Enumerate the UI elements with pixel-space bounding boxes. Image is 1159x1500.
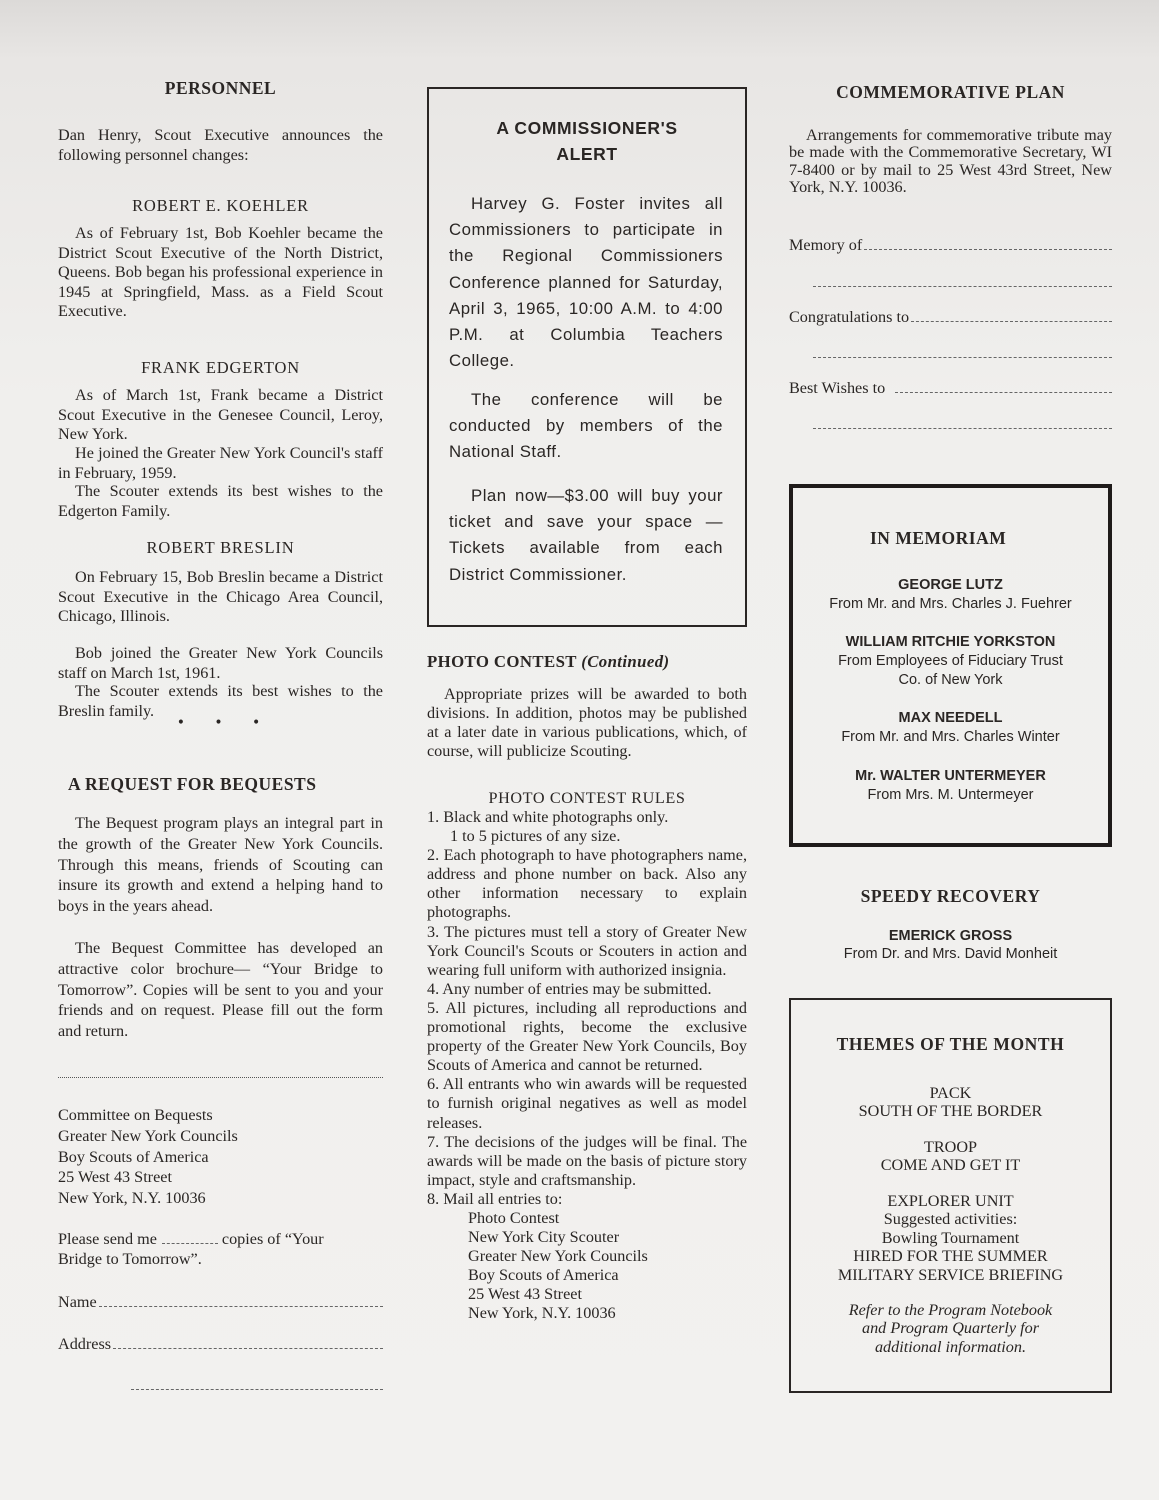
mail-address-line: Boy Scouts of America [468, 1266, 747, 1285]
congratulations-label: Congratulations to [789, 308, 909, 327]
explorer-line: HIRED FOR THE SUMMER [791, 1247, 1110, 1265]
memoriam-from: From Mrs. M. Untermeyer [793, 786, 1108, 805]
memoriam-from: From Mr. and Mrs. Charles Winter [793, 728, 1108, 747]
commissioner-alert-box: A COMMISSIONER'S ALERT Harvey G. Foster … [427, 87, 747, 627]
rule-item: 5. All pictures, including all reproduct… [427, 999, 747, 1075]
memoriam-from: Co. of New York [793, 671, 1108, 690]
photo-contest-intro: Appropriate prizes will be awarded to bo… [427, 685, 747, 761]
themes-title: THEMES OF THE MONTH [791, 1034, 1110, 1055]
rule-item: 4. Any number of entries may be submitte… [427, 980, 747, 999]
memory-of-label: Memory of [789, 236, 862, 255]
memoriam-name: Mr. WALTER UNTERMEYER [793, 767, 1108, 786]
mail-address-line: New York City Scouter [468, 1228, 747, 1247]
section-separator-dots: • • • [58, 715, 383, 731]
in-memoriam-box: IN MEMORIAM GEORGE LUTZ From Mr. and Mrs… [789, 484, 1112, 847]
personnel-breslin-p1: On February 15, Bob Breslin became a Dis… [58, 568, 383, 627]
personnel-name-breslin: ROBERT BRESLIN [58, 538, 383, 558]
themes-troop: TROOP COME AND GET IT [791, 1138, 1110, 1175]
rule-item: 2. Each photograph to have photographers… [427, 846, 747, 922]
personnel-name-koehler: ROBERT E. KOEHLER [58, 196, 383, 216]
best-wishes-label: Best Wishes to [789, 379, 885, 398]
memoriam-from: From Mr. and Mrs. Charles J. Fuehrer [793, 595, 1108, 614]
alert-title-line1: A COMMISSIONER'S [429, 115, 745, 141]
alert-p1: Harvey G. Foster invites all Commissione… [449, 191, 723, 374]
note-line: Refer to the Program Notebook [791, 1301, 1110, 1319]
personnel-edgerton-p2: He joined the Greater New York Council's… [58, 444, 383, 483]
bequests-address-line: Greater New York Councils [58, 1126, 383, 1147]
congratulations-input-line[interactable] [911, 321, 1112, 322]
speedy-recovery-name: EMERICK GROSS [789, 928, 1112, 944]
bequests-address-line: 25 West 43 Street [58, 1167, 383, 1188]
photo-contest-continued: (Continued) [581, 652, 669, 671]
rule-item: 1 to 5 pictures of any size. [427, 827, 747, 846]
newsletter-page: PERSONNEL Dan Henry, Scout Executive ann… [0, 0, 1159, 1500]
themes-box: THEMES OF THE MONTH PACK SOUTH OF THE BO… [789, 998, 1112, 1393]
memoriam-entry: MAX NEEDELL From Mr. and Mrs. Charles Wi… [793, 709, 1108, 747]
memoriam-name: MAX NEEDELL [793, 709, 1108, 728]
best-wishes-field[interactable]: Best Wishes to [789, 379, 1112, 398]
photo-contest-title: PHOTO CONTEST (Continued) [427, 652, 747, 672]
memory-of-input-line-2[interactable] [813, 286, 1112, 287]
rule-item: 3. The pictures must tell a story of Gre… [427, 923, 747, 980]
explorer-line: Suggested activities: [791, 1210, 1110, 1228]
bequests-p2: The Bequest Committee has developed an a… [58, 938, 383, 1042]
bequests-address-line: Committee on Bequests [58, 1105, 383, 1126]
copies-suffix-label: copies of “Your [222, 1230, 324, 1249]
bequests-cut-line [58, 1077, 383, 1078]
pack-label: PACK [791, 1084, 1110, 1102]
memoriam-entry: GEORGE LUTZ From Mr. and Mrs. Charles J.… [793, 576, 1108, 614]
explorer-line: Bowling Tournament [791, 1229, 1110, 1247]
in-memoriam-title: IN MEMORIAM [793, 528, 1108, 549]
personnel-breslin-p2: Bob joined the Greater New York Councils… [58, 644, 383, 683]
rule-item: 7. The decisions of the judges will be f… [427, 1133, 747, 1190]
address-input-line-2[interactable] [131, 1389, 383, 1390]
note-line: and Program Quarterly for [791, 1319, 1110, 1337]
alert-p3: Plan now—$3.00 will buy your ticket and … [449, 483, 723, 588]
mail-address-line: New York, N.Y. 10036 [468, 1304, 747, 1323]
speedy-recovery-title: SPEEDY RECOVERY [789, 886, 1112, 907]
personnel-edgerton-p1: As of March 1st, Frank became a District… [58, 386, 383, 445]
best-wishes-input-line[interactable] [895, 392, 1112, 393]
themes-explorer: EXPLORER UNIT Suggested activities: Bowl… [791, 1192, 1110, 1284]
commemorative-title: COMMEMORATIVE PLAN [789, 82, 1112, 103]
rule-item: 1. Black and white photographs only. [427, 808, 747, 827]
personnel-intro: Dan Henry, Scout Executive announces the… [58, 126, 383, 165]
photo-contest-title-text: PHOTO CONTEST [427, 652, 577, 671]
memoriam-name: GEORGE LUTZ [793, 576, 1108, 595]
memoriam-name: WILLIAM RITCHIE YORKSTON [793, 633, 1108, 652]
best-wishes-input-line-2[interactable] [813, 428, 1112, 429]
rule-item: 8. Mail all entries to: [427, 1190, 747, 1209]
address-input-line[interactable] [113, 1348, 383, 1349]
personnel-koehler-p1: As of February 1st, Bob Koehler became t… [58, 224, 383, 322]
bequests-address-field[interactable]: Address [58, 1335, 383, 1354]
mail-address-line: 25 West 43 Street [468, 1285, 747, 1304]
memoriam-from: From Employees of Fiduciary Trust [793, 652, 1108, 671]
copies-prefix-label: Please send me [58, 1230, 157, 1249]
commissioner-alert-title: A COMMISSIONER'S ALERT [429, 115, 745, 167]
bequests-address-line: Boy Scouts of America [58, 1147, 383, 1168]
memory-of-input-line[interactable] [864, 249, 1112, 250]
troop-theme: COME AND GET IT [791, 1156, 1110, 1174]
mail-address: Photo Contest New York City Scouter Grea… [427, 1209, 747, 1324]
photo-contest-rules-title: PHOTO CONTEST RULES [427, 789, 747, 808]
pack-theme: SOUTH OF THE BORDER [791, 1102, 1110, 1120]
copies-quantity-field[interactable] [162, 1243, 218, 1244]
alert-p2: The conference will be conducted by memb… [449, 387, 723, 466]
bequests-name-field[interactable]: Name [58, 1293, 383, 1312]
note-line: additional information. [791, 1338, 1110, 1356]
alert-title-line2: ALERT [429, 141, 745, 167]
memoriam-entry: Mr. WALTER UNTERMEYER From Mrs. M. Unter… [793, 767, 1108, 805]
bequests-title: A REQUEST FOR BEQUESTS [58, 774, 383, 795]
troop-label: TROOP [791, 1138, 1110, 1156]
personnel-edgerton-p3: The Scouter extends its best wishes to t… [58, 482, 383, 521]
bequests-copies-request: Please send me copies of “Your Bridge to… [58, 1230, 383, 1269]
name-input-line[interactable] [99, 1306, 383, 1307]
congratulations-field[interactable]: Congratulations to [789, 308, 1112, 327]
personnel-title: PERSONNEL [58, 78, 383, 99]
commemorative-body: Arrangements for commemorative tribute m… [789, 127, 1112, 197]
copies-line2-label: Bridge to Tomorrow”. [58, 1250, 202, 1269]
personnel-name-edgerton: FRANK EDGERTON [58, 358, 383, 378]
bequests-address-line: New York, N.Y. 10036 [58, 1188, 383, 1209]
address-label: Address [58, 1335, 111, 1354]
memoriam-entry: WILLIAM RITCHIE YORKSTON From Employees … [793, 633, 1108, 690]
themes-note: Refer to the Program Notebook and Progra… [791, 1301, 1110, 1356]
explorer-line: MILITARY SERVICE BRIEFING [791, 1266, 1110, 1284]
mail-address-line: Greater New York Councils [468, 1247, 747, 1266]
themes-pack: PACK SOUTH OF THE BORDER [791, 1084, 1110, 1121]
mail-address-line: Photo Contest [468, 1209, 747, 1228]
bequests-address: Committee on Bequests Greater New York C… [58, 1105, 383, 1209]
bequests-p1: The Bequest program plays an integral pa… [58, 813, 383, 917]
congratulations-input-line-2[interactable] [813, 357, 1112, 358]
photo-contest-rules: 1. Black and white photographs only. 1 t… [427, 808, 747, 1324]
memory-of-field[interactable]: Memory of [789, 236, 1112, 255]
speedy-recovery-from: From Dr. and Mrs. David Monheit [789, 946, 1112, 962]
rule-item: 6. All entrants who win awards will be r… [427, 1075, 747, 1132]
explorer-label: EXPLORER UNIT [791, 1192, 1110, 1210]
name-label: Name [58, 1293, 97, 1312]
